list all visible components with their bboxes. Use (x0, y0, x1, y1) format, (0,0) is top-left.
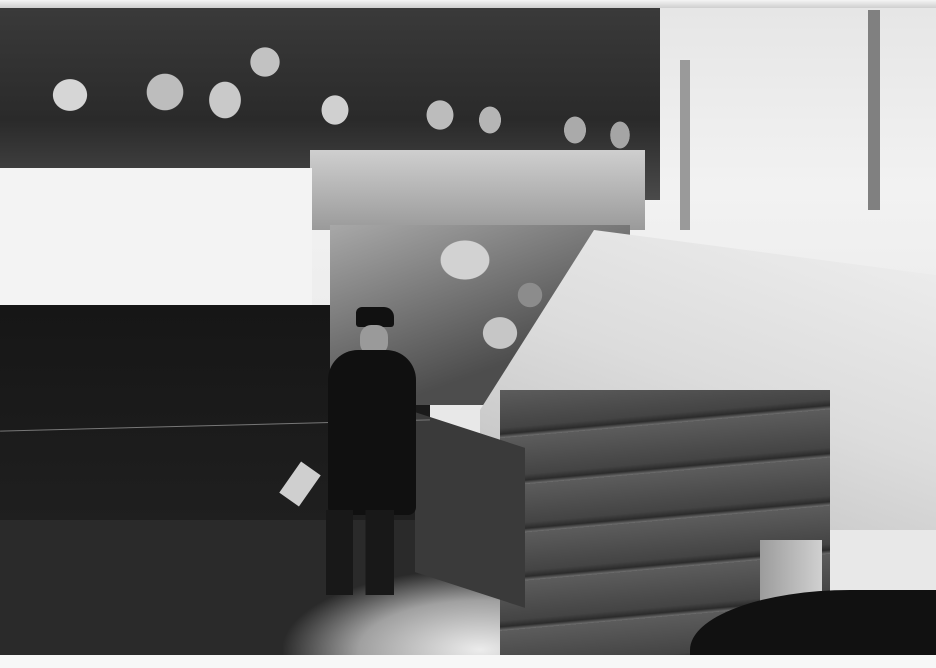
soldier (318, 305, 418, 595)
soldier-cap (356, 307, 394, 327)
tree-trunk (680, 60, 690, 230)
photograph (0, 0, 936, 668)
print-edge-bottom (0, 655, 936, 668)
soldier-overcoat (328, 350, 416, 515)
snow-covered-wall (0, 168, 312, 310)
soldier-boots (326, 510, 394, 595)
roof-beam (310, 150, 645, 230)
print-edge-top (0, 0, 936, 8)
tree-trunk (868, 10, 880, 210)
